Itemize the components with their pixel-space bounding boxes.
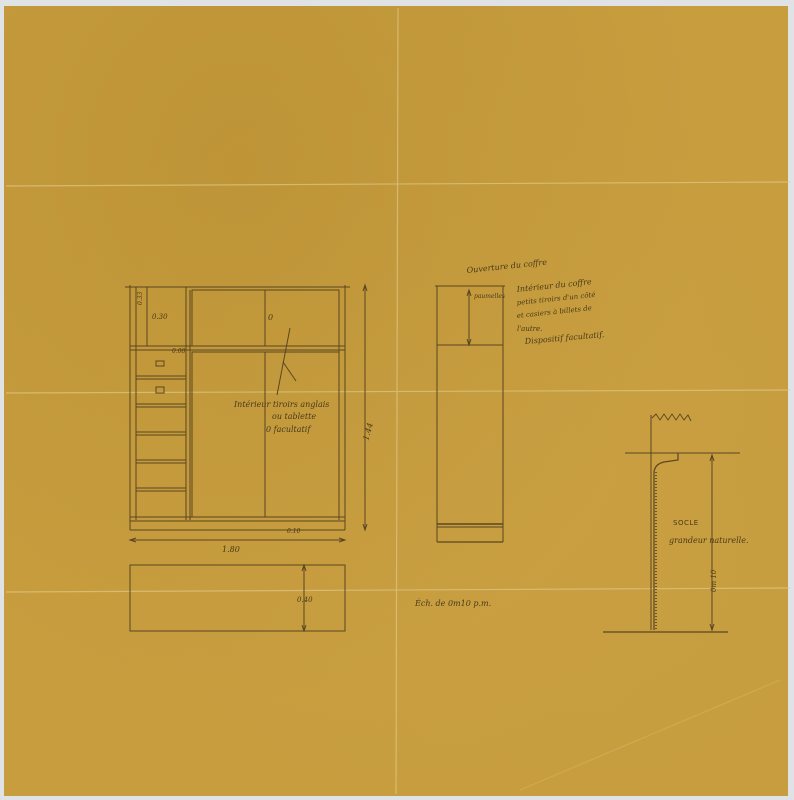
scale-note: Éch. de 0m10 p.m. <box>414 599 491 608</box>
front-note-line2: ou tablette <box>272 412 316 421</box>
side-section-title: Ouverture du coffre <box>466 258 547 275</box>
dim-left-width: 0.30 <box>152 313 168 321</box>
dim-top-left: 0.33 <box>137 291 144 305</box>
front-elevation <box>125 285 367 542</box>
dim-depth: 0.40 <box>297 596 313 604</box>
side-note-line3: et casiers à billets de <box>516 304 592 320</box>
dim-drawer: 0.08 <box>172 348 186 355</box>
dim-paumelles: paumelles <box>474 293 505 300</box>
side-section <box>435 286 505 542</box>
plan-view <box>130 565 345 631</box>
door-mark: 0 <box>268 313 273 322</box>
front-note-line1: Intérieur tiroirs anglais <box>233 400 329 409</box>
dim-width: 1.80 <box>222 545 240 554</box>
dim-height: 1.44 <box>362 422 375 442</box>
dim-plinth: 0.10 <box>287 528 301 535</box>
side-note-line4: l'autre. <box>517 325 542 333</box>
technical-drawing: 0.33 0.30 0.08 0 Intérieur tiroirs angla… <box>0 0 794 800</box>
plinth-title: SOCLE <box>673 519 699 527</box>
plinth-subtitle: grandeur naturelle. <box>669 536 748 545</box>
fold-lines <box>6 8 790 794</box>
front-note-line3: 0 facultatif <box>266 425 312 434</box>
plinth-dim-height: 0m 10 <box>710 569 718 592</box>
plinth-detail <box>603 414 740 632</box>
